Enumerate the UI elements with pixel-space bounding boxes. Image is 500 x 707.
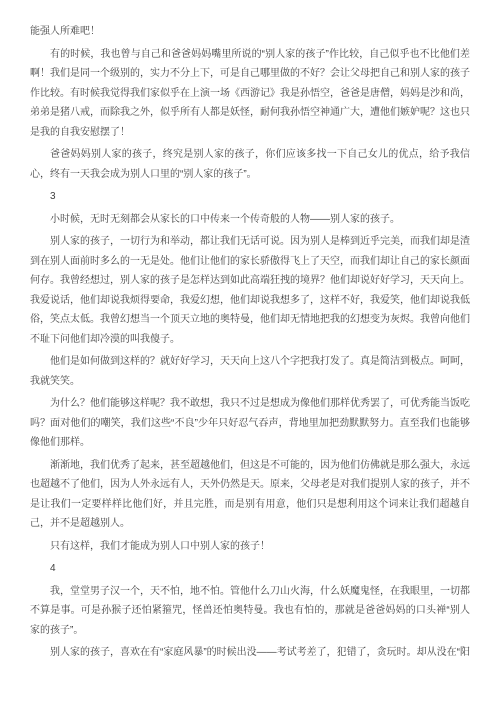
paragraph: 我，堂堂男子汉一个，天不怕，地不怕。管他什么刀山火海，什么妖魔鬼怪，在我眼里，一… bbox=[30, 582, 470, 641]
paragraph: 有的时候，我也曾与自己和爸爸妈妈嘴里所说的“别人家的孩子”作比较，自己似乎也不比… bbox=[30, 45, 470, 143]
section-number: 3 bbox=[30, 187, 470, 207]
paragraph: 他们是如何做到这样的？就好好学习，天天向上这八个字把我打发了。真是简洁到极点。呵… bbox=[30, 352, 470, 391]
paragraph: 只有这样，我们才能成为别人口中别人家的孩子！ bbox=[30, 537, 470, 557]
paragraph: 爸爸妈妈别人家的孩子，终究是别人家的孩子，你们应该多找一下自己女儿的优点，给予我… bbox=[30, 145, 470, 184]
paragraph: 能强人所难吧！ bbox=[30, 22, 470, 42]
paragraph: 为什么？他们能够这样呢？我不敢想，我只不过是想成为像他们那样优秀罢了，可优秀能当… bbox=[30, 394, 470, 453]
paragraph: 别人家的孩子，一切行为和举动，都让我们无话可说。因为别人是棒到近乎完美，而我们却… bbox=[30, 232, 470, 349]
paragraph: 小时候，无时无刻都会从家长的口中传来一个传奇般的人物——别人家的孩子。 bbox=[30, 210, 470, 230]
section-number: 4 bbox=[30, 559, 470, 579]
paragraph: 渐渐地，我们优秀了起来，甚至超越他们，但这是不可能的，因为他们仿佛就是那么强大，… bbox=[30, 456, 470, 534]
document-page: 能强人所难吧！ 有的时候，我也曾与自己和爸爸妈妈嘴里所说的“别人家的孩子”作比较… bbox=[0, 0, 500, 707]
paragraph: 别人家的孩子，喜欢在有“家庭风暴”的时候出没——考试考差了，犯错了，贪玩时。却从… bbox=[30, 643, 470, 663]
